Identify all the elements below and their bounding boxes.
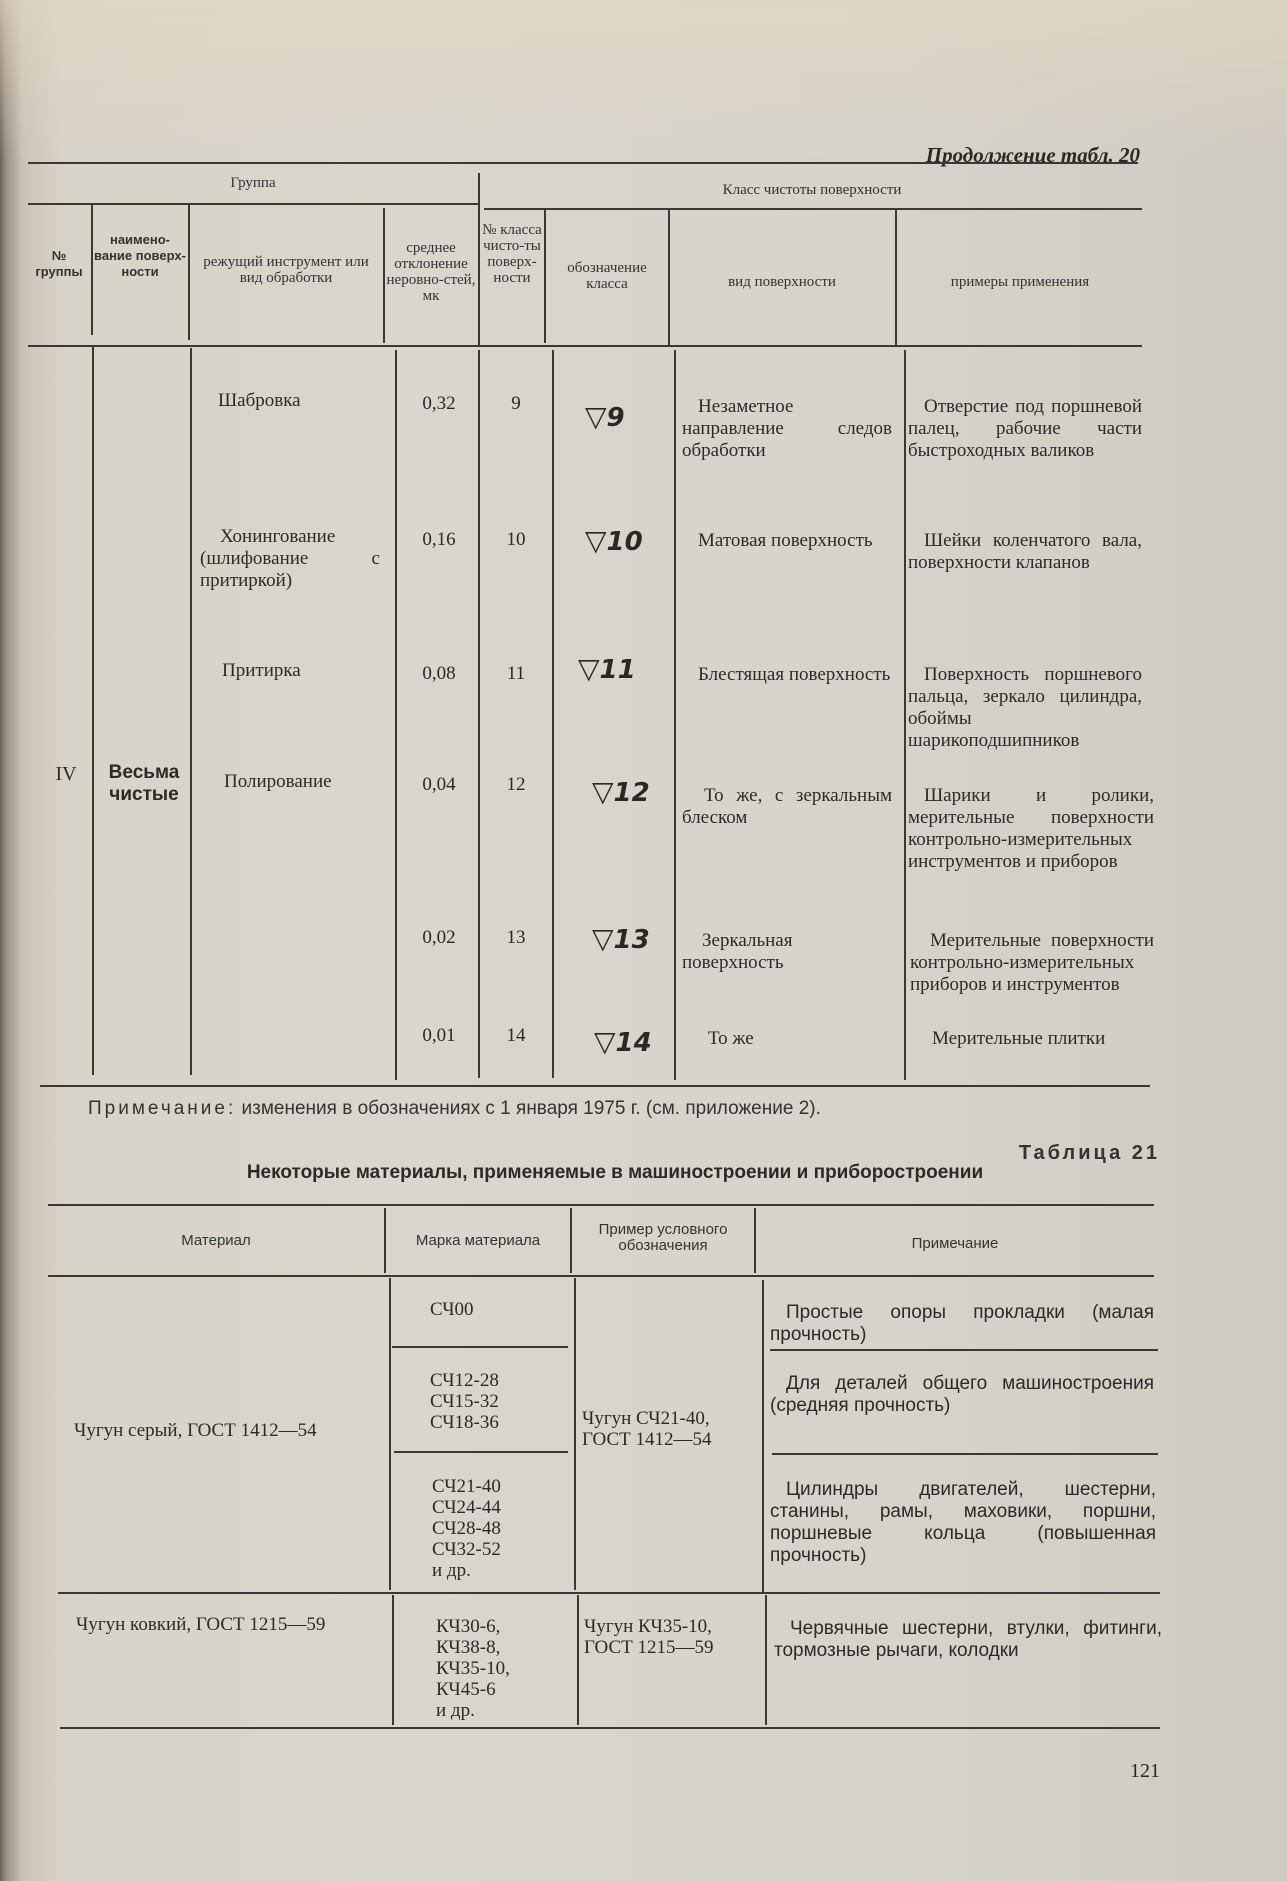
table21-row-separator (58, 1592, 1160, 1594)
table21-bottom-rule (60, 1727, 1160, 1729)
examples-cell: Мерительные поверхности контрольно-измер… (910, 930, 1154, 996)
grade: СЧ32-52 (432, 1539, 572, 1560)
tool-cell: Шабровка (218, 390, 388, 412)
note-cell: Цилиндры двигателей, шестерни, станины, … (770, 1479, 1156, 1567)
col-divider (389, 1278, 391, 1590)
deviation-cell: 0,02 (400, 927, 478, 949)
roughness-triangle-icon: ▽ (592, 775, 614, 808)
col-divider (478, 173, 480, 345)
col-divider (674, 350, 676, 1080)
col-divider (552, 350, 554, 1078)
note-subrow-rule (770, 1349, 1158, 1351)
grade: СЧ12-28 (430, 1370, 570, 1391)
examples-cell: Шейки коленчатого вала, поверхности клап… (908, 530, 1142, 574)
grade: КЧ30-6, (436, 1616, 576, 1637)
class-symbol-cell: ▽9 (585, 400, 625, 433)
tool-cell: Притирка (222, 660, 388, 682)
grade: и др. (432, 1560, 572, 1581)
deviation-cell: 0,01 (400, 1025, 478, 1047)
examples-cell: Поверхность поршневого пальца, зеркало ц… (908, 664, 1142, 752)
grade: КЧ35-10, (436, 1658, 576, 1679)
note-cell: Червячные шестерни, втулки, фитинги, тор… (774, 1618, 1162, 1662)
col-divider (577, 1595, 579, 1725)
group-name: Весьма чистые (100, 762, 188, 806)
grade-cell: СЧ21-40 СЧ24-44 СЧ28-48 СЧ32-52 и др. (432, 1476, 572, 1581)
note-subrow-rule (772, 1453, 1158, 1455)
grade: СЧ18-36 (430, 1412, 570, 1433)
grade: и др. (436, 1700, 576, 1721)
grade: СЧ28-48 (432, 1518, 572, 1539)
header-examples: примеры применения (898, 274, 1142, 290)
deviation-cell: 0,04 (400, 774, 478, 796)
table20-bottom-rule (40, 1085, 1150, 1087)
table21-top-rule (48, 1204, 1154, 1206)
col-divider (668, 210, 670, 345)
note-text: изменения в обозначениях с 1 января 1975… (242, 1098, 821, 1119)
table20-group-subrule (28, 203, 480, 205)
table21-title: Некоторые материалы, применяемые в машин… (40, 1162, 1190, 1184)
class-no-cell: 10 (482, 529, 550, 551)
header-surface-name: наимено-вание поверх-ности (94, 232, 186, 280)
class-symbol-cell: ▽12 (592, 775, 650, 808)
material-cell: Чугун серый, ГОСТ 1412—54 (74, 1420, 384, 1442)
header-grade: Марка материала (386, 1233, 570, 1249)
header-group: Группа (28, 175, 478, 191)
header-surface-class: Класс чистоты поверхности (482, 182, 1142, 198)
header-note: Примечание (756, 1236, 1154, 1252)
col-divider (188, 205, 190, 340)
grade-subrow-rule (394, 1451, 568, 1453)
surface-cell: То же, с зеркальным блеском (682, 785, 892, 829)
class-no-cell: 12 (482, 774, 550, 796)
roughness-triangle-icon: ▽ (578, 652, 600, 685)
note-label: Примечание: (88, 1098, 236, 1119)
col-divider (904, 350, 906, 1080)
roughness-triangle-icon: ▽ (594, 1025, 616, 1058)
surface-cell: Незаметное направление следов обработки (682, 396, 892, 462)
col-divider (92, 345, 94, 1075)
class-symbol-cell: ▽10 (585, 524, 643, 557)
table20-class-subrule (484, 208, 1142, 210)
example-cell: Чугун КЧ35-10, ГОСТ 1215—59 (584, 1616, 744, 1658)
examples-cell: Мерительные плитки (932, 1028, 1152, 1050)
grade-cell: СЧ12-28 СЧ15-32 СЧ18-36 (430, 1370, 570, 1433)
class-no-cell: 9 (482, 393, 550, 415)
header-tool: режущий инструмент или вид обработки (192, 254, 380, 286)
header-deviation: среднее отклонение неровно-стей, мк (385, 240, 477, 304)
grade: СЧ21-40 (432, 1476, 572, 1497)
note-cell: Простые опоры прокладки (малая прочность… (770, 1302, 1154, 1346)
surface-cell: Матовая поверхность (682, 530, 892, 552)
col-divider (544, 210, 546, 343)
class-symbol-cell: ▽13 (592, 922, 650, 955)
grade-cell: КЧ30-6, КЧ38-8, КЧ35-10, КЧ45-6 и др. (436, 1616, 576, 1721)
deviation-cell: 0,16 (400, 529, 478, 551)
grade: КЧ38-8, (436, 1637, 576, 1658)
group-number: IV (40, 763, 92, 785)
col-divider (91, 205, 93, 335)
grade-cell: СЧ00 (430, 1299, 570, 1321)
examples-cell: Шарики и ролики, мерительные поверхности… (908, 785, 1154, 873)
class-symbol-cell: ▽14 (594, 1025, 652, 1058)
surface-cell: Зеркальная поверхность (682, 930, 892, 974)
surface-cell: То же (708, 1028, 892, 1050)
roughness-triangle-icon: ▽ (592, 922, 614, 955)
roughness-triangle-icon: ▽ (585, 524, 607, 557)
deviation-cell: 0,08 (400, 663, 478, 685)
class-no-cell: 13 (482, 927, 550, 949)
tool-cell: Хонингование (шлифование с притиркой) (200, 526, 380, 592)
table21-header-bottom-rule (48, 1275, 1154, 1277)
grade: СЧ24-44 (432, 1497, 572, 1518)
header-class-symbol: обозначение класса (548, 260, 666, 292)
table20-note: Примечание: изменения в обозначениях с 1… (88, 1098, 1148, 1120)
roughness-triangle-icon: ▽ (585, 400, 607, 433)
col-divider (190, 348, 192, 1075)
col-divider (574, 1278, 576, 1590)
header-class-no: № класса чисто-ты поверх-ности (481, 222, 543, 286)
col-divider (395, 350, 397, 1080)
tool-cell: Полирование (224, 771, 390, 793)
table20-top-rule (28, 162, 1138, 164)
grade-subrow-rule (392, 1346, 568, 1348)
col-divider (478, 350, 480, 1078)
header-material: Материал (48, 1233, 384, 1249)
col-divider (762, 1280, 764, 1592)
header-surface-type: вид поверхности (672, 274, 892, 290)
table20-header-bottom-rule (28, 345, 1142, 347)
header-example: Пример условного обозначения (572, 1222, 754, 1254)
grade: СЧ00 (430, 1299, 570, 1321)
col-divider (392, 1595, 394, 1725)
grade: СЧ15-32 (430, 1391, 570, 1412)
material-cell: Чугун ковкий, ГОСТ 1215—59 (76, 1614, 386, 1636)
paper-tint (0, 0, 1287, 160)
col-divider (895, 210, 897, 345)
col-divider (765, 1595, 767, 1725)
header-group-number: № группы (28, 248, 90, 280)
examples-cell: Отверстие под поршневой палец, рабочие ч… (908, 396, 1142, 462)
class-symbol-cell: ▽11 (578, 652, 636, 685)
note-cell: Для деталей общего машиностроения (средн… (770, 1373, 1154, 1417)
deviation-cell: 0,32 (400, 393, 478, 415)
page-number: 121 (1100, 1760, 1160, 1783)
class-no-cell: 14 (482, 1025, 550, 1047)
surface-cell: Блестящая поверхность (682, 664, 892, 686)
grade: КЧ45-6 (436, 1679, 576, 1700)
continuation-label: Продолжение табл. 20 (900, 143, 1140, 168)
example-cell: Чугун СЧ21-40, ГОСТ 1412—54 (582, 1408, 742, 1450)
class-no-cell: 11 (482, 663, 550, 685)
